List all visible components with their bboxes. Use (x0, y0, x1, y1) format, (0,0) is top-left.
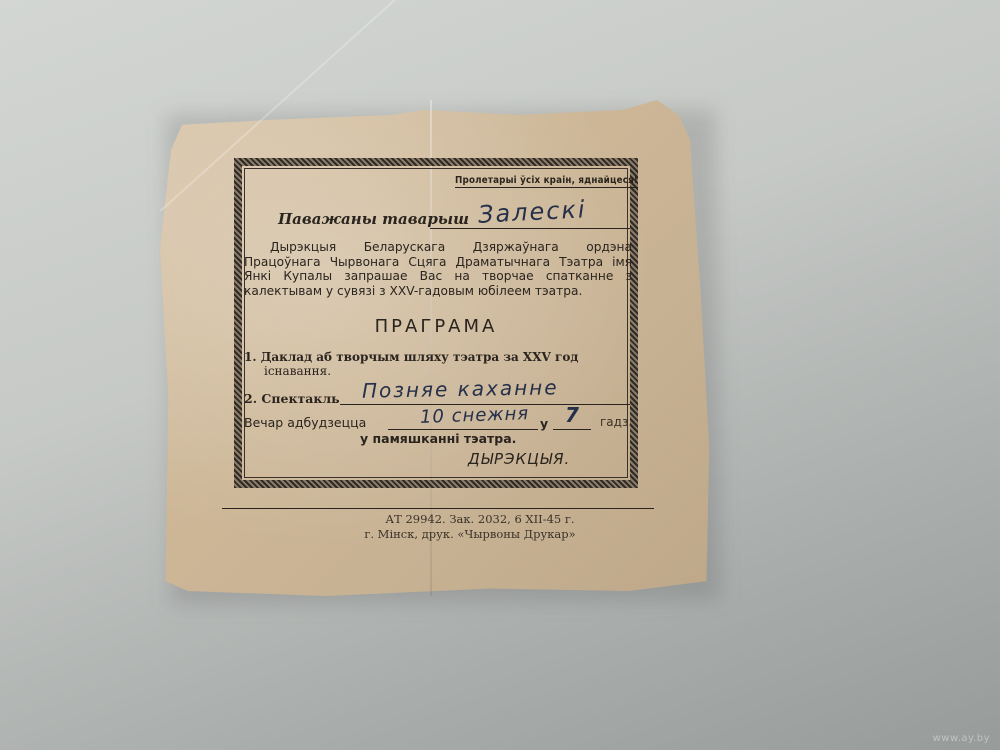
item-label: Спектакль (261, 391, 339, 406)
hours-label: гадз. (600, 415, 632, 429)
play-handwritten: Позняе каханне (362, 375, 559, 402)
evening-label: Вечар адбудзецца (244, 415, 366, 430)
programme-item-2: 2. Спектакль (244, 391, 340, 406)
imprint-line-2: г. Мінск, друк. «Чырвоны Друкар» (0, 527, 1000, 542)
item-number: 2. (244, 391, 257, 406)
date-handwritten: 10 снежня (420, 403, 530, 428)
item-continuation: існавання. (244, 364, 636, 378)
hour-line (553, 429, 591, 430)
imprint-line-1: АТ 29942. Зак. 2032, 6 XII-45 г. (0, 512, 1000, 527)
item-text: Даклад аб творчым шляху тэатра за XXV го… (261, 350, 579, 364)
date-line (388, 429, 538, 430)
item-number: 1. (244, 350, 257, 364)
printer-imprint: АТ 29942. Зак. 2032, 6 XII-45 г. г. Мінс… (0, 512, 1000, 542)
at-word: у (540, 416, 548, 431)
venue: у памяшканні тэатра. (360, 431, 516, 446)
programme-item-1: 1. Даклад аб творчым шляху тэатра за XXV… (244, 350, 636, 378)
imprint-rule (222, 508, 654, 509)
signature: ДЫРЭКЦЫЯ. (468, 450, 570, 468)
hour-handwritten: 7 (565, 403, 581, 427)
watermark: www.ay.by (933, 733, 990, 744)
programme-title: ПРАГРАМА (234, 316, 638, 337)
